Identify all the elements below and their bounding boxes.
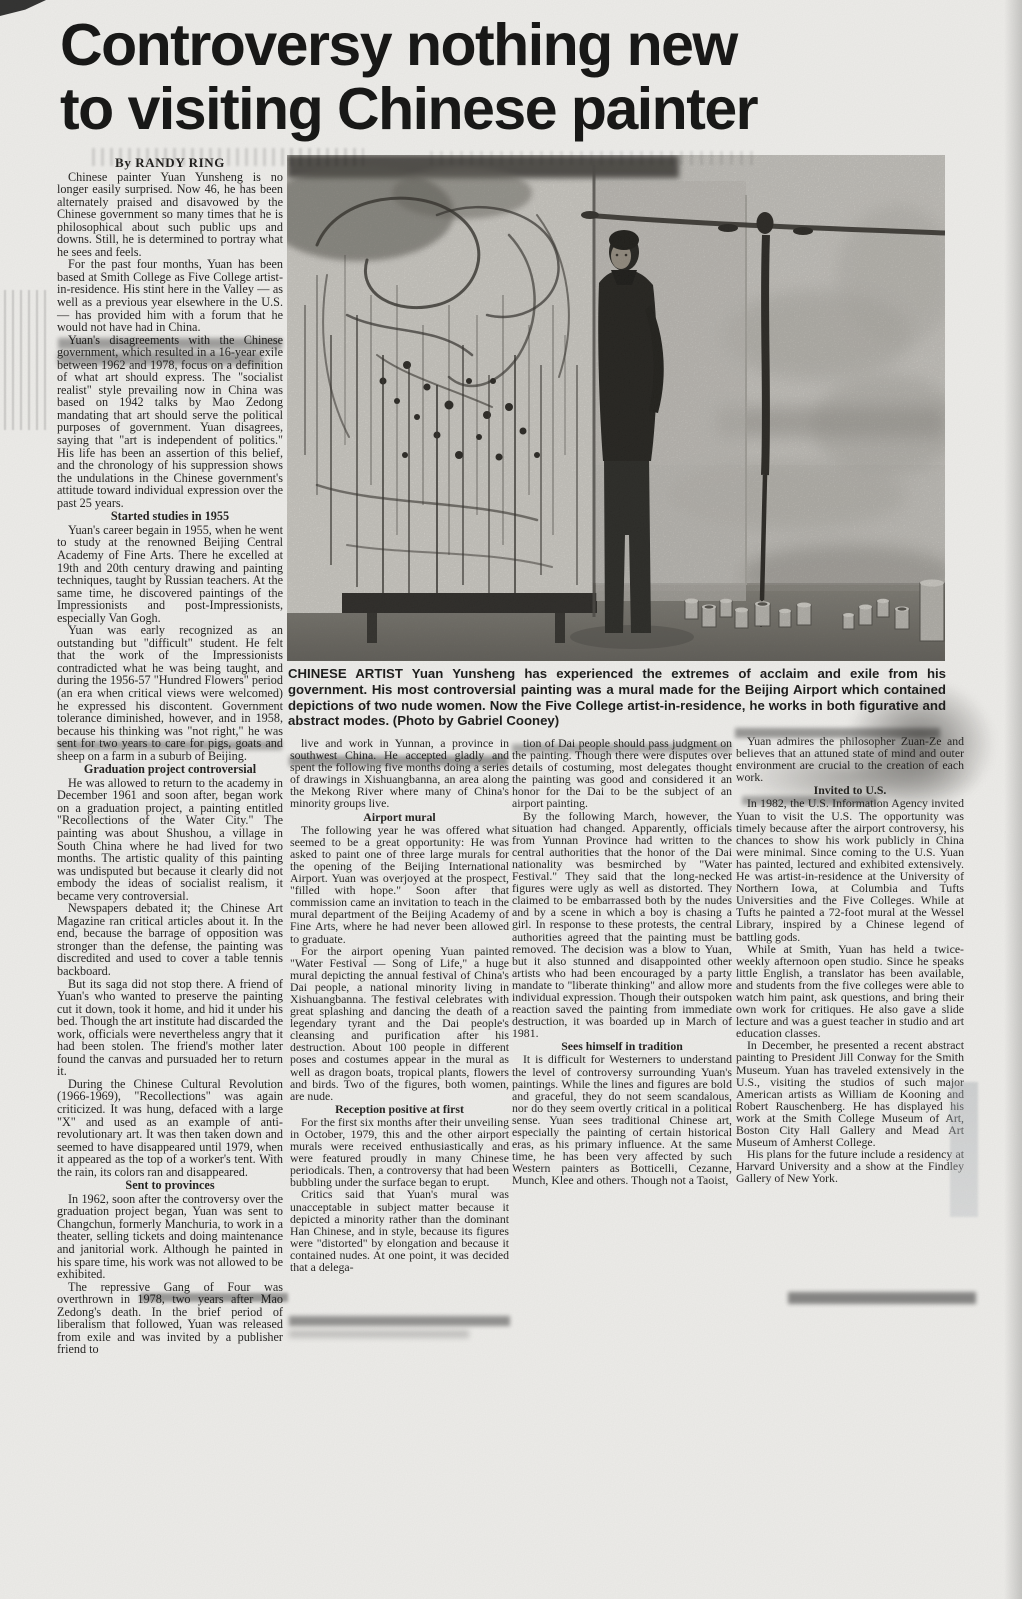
section-subhead: Sent to provinces	[57, 1179, 283, 1192]
article-column-2: live and work in Yunnan, a province in s…	[290, 737, 509, 1273]
section-subhead: Invited to U.S.	[736, 784, 964, 796]
artist-photo-image	[287, 155, 945, 661]
article-paragraph: It is difficult for Westerners to unders…	[512, 1053, 732, 1186]
article-paragraph: But its saga did not stop there. A frien…	[57, 978, 283, 1078]
artist-photo	[287, 155, 945, 661]
article-column-1: By RANDY RING Chinese painter Yuan Yunsh…	[57, 157, 283, 1599]
article-paragraph: Newspapers debated it; the Chinese Art M…	[57, 902, 283, 977]
article-paragraph: Critics said that Yuan's mural was unacc…	[290, 1188, 509, 1273]
article-paragraph: tion of Dai people should pass judgment …	[512, 737, 732, 810]
section-subhead: Sees himself in tradition	[512, 1040, 732, 1052]
article-paragraph: Yuan's disagreements with the Chinese go…	[57, 334, 283, 510]
scan-corner-mark	[0, 0, 46, 16]
article-column-4: Yuan admires the philosopher Zuan-Ze and…	[736, 735, 964, 1184]
article-paragraph: Yuan's career begain in 1955, when he we…	[57, 524, 283, 624]
byline: By RANDY RING	[57, 157, 283, 170]
article-column-3: tion of Dai people should pass judgment …	[512, 737, 732, 1186]
section-subhead: Reception positive at first	[290, 1103, 509, 1115]
article-paragraph: He was allowed to return to the academy …	[57, 777, 283, 902]
section-subhead: Started studies in 1955	[57, 510, 283, 523]
article-paragraph: live and work in Yunnan, a province in s…	[290, 737, 509, 810]
scan-smudge	[4, 290, 50, 430]
scan-smudge	[289, 1330, 469, 1338]
headline-line1: Controversy nothing new	[60, 12, 737, 78]
headline: Controversy nothing newto visiting Chine…	[60, 14, 980, 141]
scan-smudge	[788, 1292, 976, 1304]
headline-line2: to visiting Chinese painter	[60, 76, 757, 142]
article-paragraph: For the first six months after their unv…	[290, 1116, 509, 1189]
article-paragraph: Chinese painter Yuan Yunsheng is no long…	[57, 171, 283, 259]
article-paragraph: The following year he was offered what s…	[290, 824, 509, 945]
article-paragraph: In December, he presented a recent abstr…	[736, 1039, 964, 1148]
article-paragraph: His plans for the future include a resid…	[736, 1148, 964, 1184]
article-paragraph: For the past four months, Yuan has been …	[57, 258, 283, 333]
scan-smudge	[289, 1316, 510, 1326]
article-paragraph: In 1962, soon after the controversy over…	[57, 1193, 283, 1281]
article-paragraph: During the Chinese Cultural Revolution (…	[57, 1078, 283, 1178]
scan-edge-shadow	[1004, 0, 1022, 1599]
article-paragraph: The repressive Gang of Four was overthro…	[57, 1281, 283, 1356]
article-paragraph: In 1982, the U.S. Information Agency inv…	[736, 797, 964, 942]
article-paragraph: For the airport opening Yuan painted "Wa…	[290, 945, 509, 1102]
article-paragraph: Yuan admires the philosopher Zuan-Ze and…	[736, 735, 964, 783]
newspaper-page: Controversy nothing newto visiting Chine…	[0, 0, 1022, 1599]
section-subhead: Graduation project controversial	[57, 763, 283, 776]
article-paragraph: By the following March, however, the sit…	[512, 810, 732, 1040]
section-subhead: Airport mural	[290, 811, 509, 823]
article-paragraph: Yuan was early recognized as an outstand…	[57, 624, 283, 762]
photo-caption: CHINESE ARTIST Yuan Yunsheng has experie…	[288, 666, 946, 729]
article-paragraph: While at Smith, Yuan has held a twice-we…	[736, 943, 964, 1040]
